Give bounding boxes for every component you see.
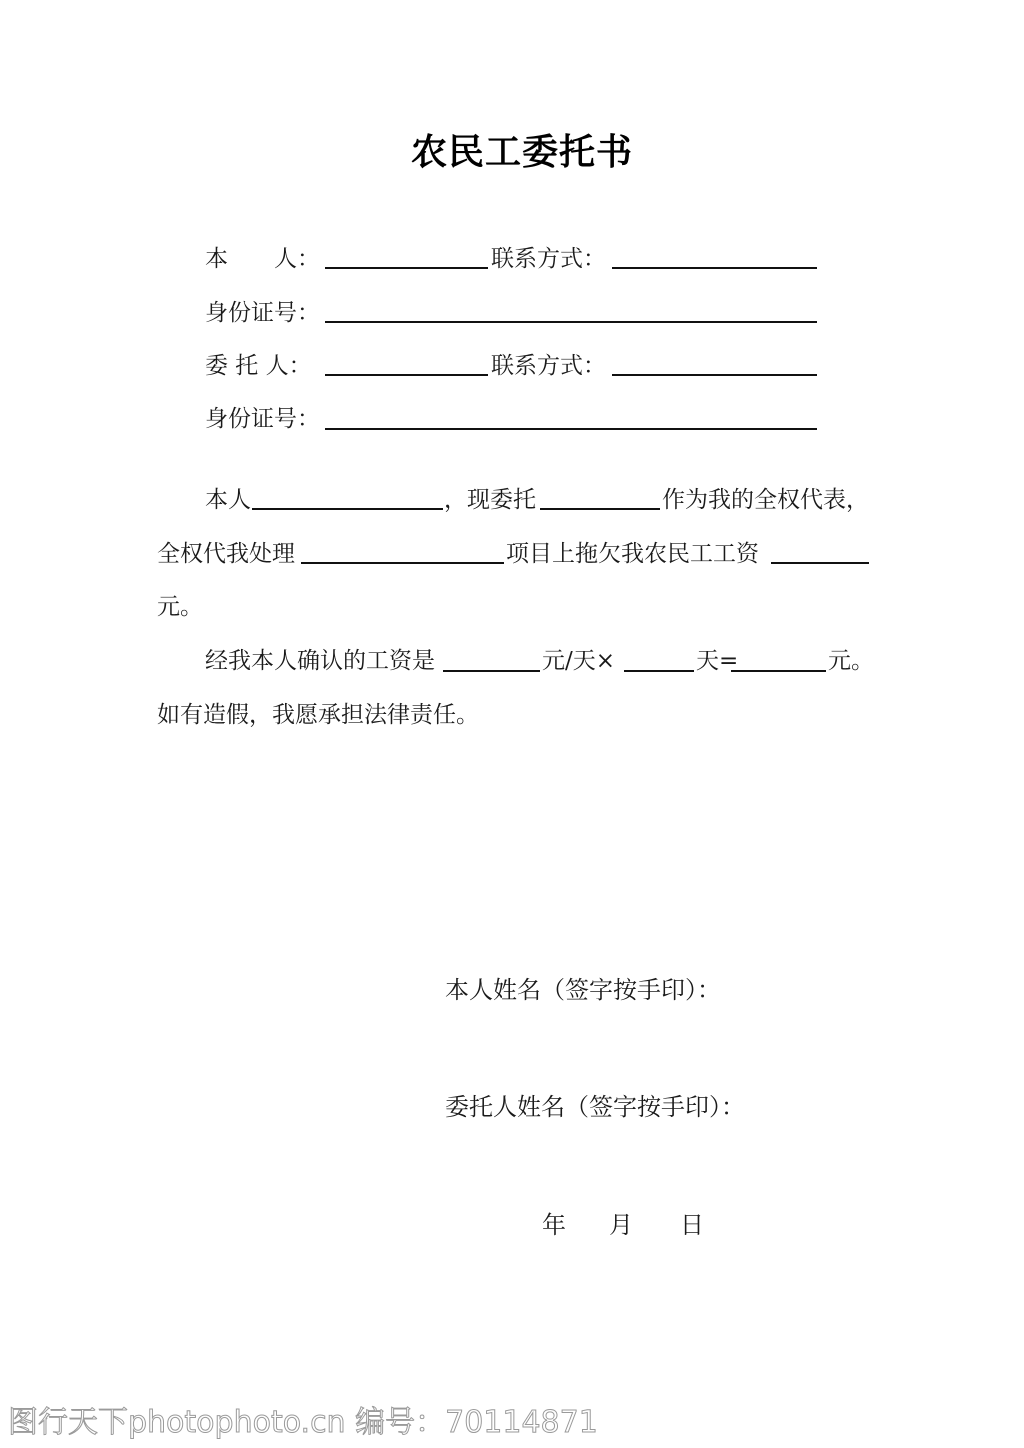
daily-wage-field[interactable] [443,670,540,672]
project-name-field[interactable] [301,562,504,564]
date-month-label: 月 [609,1209,633,1241]
principal-signature-label: 本人姓名（签字按手印）： [445,974,721,1006]
total-wage-field[interactable] [731,670,826,672]
principal-name-inline-field[interactable] [252,508,443,510]
principal-name-field[interactable] [325,267,488,269]
agent-contact-field[interactable] [612,374,817,376]
days-field[interactable] [624,670,694,672]
paragraph2-text: 如有造假，我愿承担法律责任。 [157,699,479,731]
paragraph2-text: 元/天× [542,645,615,677]
date-day-label: 日 [680,1209,704,1241]
agent-id-field[interactable] [325,428,817,430]
principal-id-field[interactable] [325,321,817,323]
date-year-label: 年 [542,1209,566,1241]
agent-contact-label: 联系方式： [491,350,606,382]
paragraph1-text: 作为我的全权代表， [662,484,869,516]
paragraph1-text: 本人 [205,484,251,516]
principal-id-label: 身份证号： [205,297,320,329]
paragraph1-text: ，现委托 [444,484,536,516]
document-title: 农民工委托书 [0,128,1024,176]
paragraph2-text: 元。 [828,645,874,677]
agent-signature-label: 委托人姓名（签字按手印）： [445,1091,745,1123]
paragraph1-text: 项目上拖欠我农民工工资 [506,538,759,570]
principal-contact-field[interactable] [612,267,817,269]
agent-name-label: 委 托 人： [205,350,312,382]
paragraph1-text: 全权代我处理 [157,538,295,570]
paragraph2-text: 天= [696,645,738,677]
paragraph2-text: 经我本人确认的工资是 [205,645,435,677]
watermark: 图行天下photophoto.cn 编号：70114871 [8,1403,598,1443]
agent-name-field[interactable] [325,374,488,376]
principal-name-label: 本 人： [205,243,320,275]
owed-wage-amount-field[interactable] [771,562,869,564]
agent-name-inline-field[interactable] [540,508,660,510]
paragraph1-text: 元。 [157,591,203,623]
principal-contact-label: 联系方式： [491,243,606,275]
agent-id-label: 身份证号： [205,403,320,435]
